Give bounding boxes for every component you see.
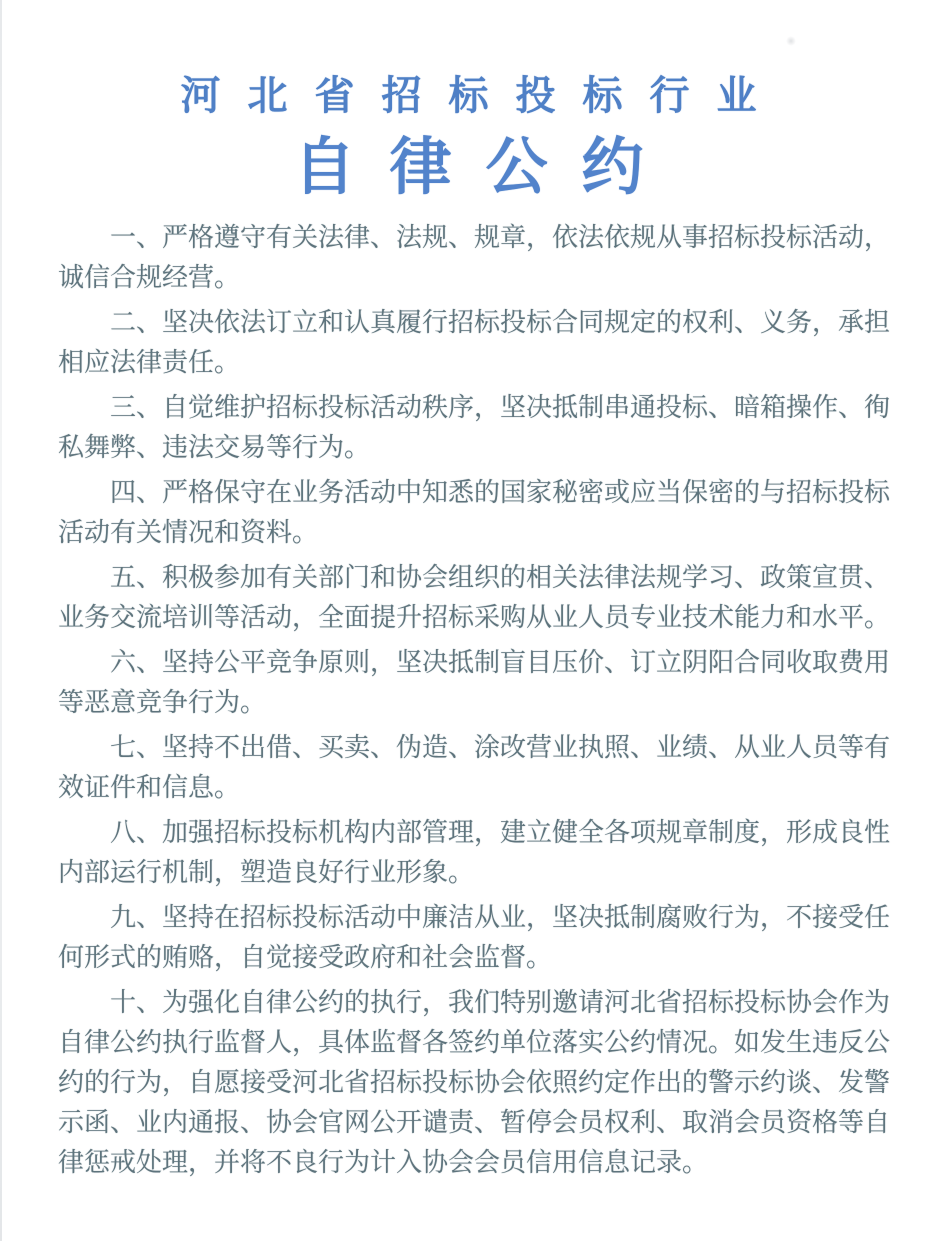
convention-paragraph: 五、积极参加有关部门和协会组织的相关法律法规学习、政策宣贯、业务交流培训等活动，… <box>58 558 890 638</box>
convention-paragraph: 三、自觉维护招标投标活动秩序，坚决抵制串通投标、暗箱操作、徇私舞弊、违法交易等行… <box>58 388 890 468</box>
document-title-industry: 河北省招标投标行业 <box>0 0 937 120</box>
convention-paragraph: 九、坚持在招标投标活动中廉洁从业，坚决抵制腐败行为，不接受任何形式的贿赂，自觉接… <box>58 898 890 978</box>
document-header: 河北省招标投标行业 自律公约 <box>0 0 937 200</box>
convention-paragraph: 十、为强化自律公约的执行，我们特别邀请河北省招标投标协会作为自律公约执行监督人，… <box>58 983 890 1183</box>
convention-paragraph: 六、坚持公平竞争原则，坚决抵制盲目压价、订立阴阳合同收取费用等恶意竞争行为。 <box>58 643 890 723</box>
convention-paragraph: 八、加强招标投标机构内部管理，建立健全各项规章制度，形成良性内部运行机制，塑造良… <box>58 813 890 893</box>
convention-paragraph: 四、严格保守在业务活动中知悉的国家秘密或应当保密的与招标投标活动有关情况和资料。 <box>58 473 890 553</box>
convention-paragraph: 二、坚决依法订立和认真履行招标投标合同规定的权利、义务，承担相应法律责任。 <box>58 303 890 383</box>
convention-paragraph: 一、严格遵守有关法律、法规、规章，依法依规从事招标投标活动，诚信合规经营。 <box>58 218 890 298</box>
document-page: 河北省招标投标行业 自律公约 一、严格遵守有关法律、法规、规章，依法依规从事招标… <box>0 0 937 1241</box>
document-title-convention: 自律公约 <box>0 134 937 200</box>
convention-paragraph: 七、坚持不出借、买卖、伪造、涂改营业执照、业绩、从业人员等有效证件和信息。 <box>58 728 890 808</box>
convention-body: 一、严格遵守有关法律、法规、规章，依法依规从事招标投标活动，诚信合规经营。二、坚… <box>58 218 890 1183</box>
